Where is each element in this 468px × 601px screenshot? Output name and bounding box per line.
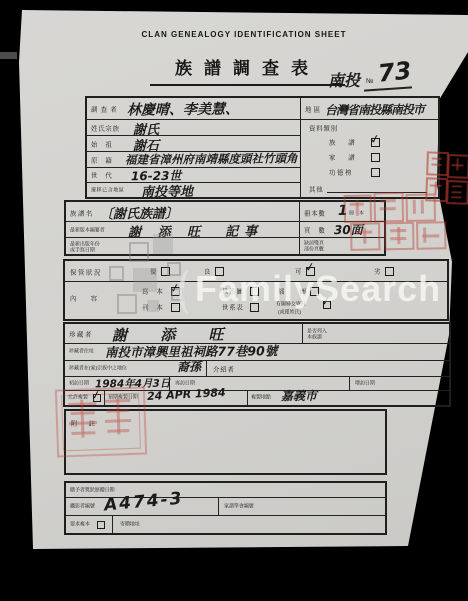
seal-glyph <box>384 222 414 251</box>
introducer-label: 介紹者 <box>213 365 235 374</box>
compiler-value: 謝 添 旺 記事 <box>128 220 263 240</box>
publication-date-label: 最新出版年份或手寫日期 <box>70 241 126 253</box>
divider <box>218 497 219 515</box>
condition-excellent-label: 優 <box>150 267 157 276</box>
checkmark-manuscript: ✓ <box>169 281 181 295</box>
copy-place-label: 複製地點 <box>251 394 271 400</box>
divider <box>349 376 350 390</box>
condition-good-label: 良 <box>204 267 211 276</box>
checkbox-pedigree-table <box>250 303 259 312</box>
category-option-jiapu-label: 家 譜 <box>329 153 358 162</box>
first-visit-label: 初訪日期 <box>69 380 89 386</box>
seal-frame <box>55 386 147 457</box>
mailing-address-label: 寄贈地址 <box>120 521 140 527</box>
missing-pages-label: 缺前殘頁部份頁數 <box>304 240 341 252</box>
photographer-number-value: A474-3 <box>103 489 184 516</box>
keeper-address-label: 珍藏者住址 <box>69 348 94 354</box>
section-admin-numbers: 贈予者獎狀頒贈日期 攝影者編號 A474-3 家譜學會編號 要求複本 寄贈地址 <box>64 481 387 535</box>
checkmark-zupu: ✓ <box>369 132 381 146</box>
section-genealogy-info: 族譜名 〔謝氏族譜〕 最新版本編纂者 謝 添 旺 記事 最新出版年份或手寫日期 … <box>64 200 386 256</box>
seal-glyph <box>416 221 446 250</box>
section-condition-content: 保管狀況 優 良 可 ✓ 劣 內 容 寫 本 ✓ 刊 本 世系圖 世系表 插 圖… <box>63 259 449 321</box>
checkbox-illustrations <box>310 287 319 296</box>
seal-frame-inner <box>61 393 141 452</box>
checkbox-excellent <box>161 267 170 276</box>
keeper-listed-note: 是否列入本族譜 <box>307 328 350 340</box>
award-date-label: 贈予者獎狀頒贈日期 <box>70 487 115 493</box>
checkbox-copy-requested <box>97 521 105 529</box>
checkbox-jiapu <box>371 153 380 162</box>
checkbox-printed <box>171 303 180 312</box>
content-women-data-sublabel: (或僅姓氏) <box>278 309 301 315</box>
red-seal-stamp-bottom-left <box>56 388 142 452</box>
content-women-data-label: 有關婦女資料 <box>276 301 306 307</box>
investigator-value: 林慶晴、李美慧、 <box>127 99 239 120</box>
category-header: 資料類別 <box>309 124 338 133</box>
genealogy-title-value: 〔謝氏族譜〕 <box>100 203 178 223</box>
seal-glyph <box>344 195 372 223</box>
corner-number-label: № <box>366 78 374 85</box>
film-edge-artifact <box>0 52 17 59</box>
content-manuscript-label: 寫 本 <box>142 287 164 296</box>
seal-glyph <box>426 151 449 176</box>
migration-value: 南投等地 <box>141 181 193 200</box>
photographer-number-label: 攝影者編號 <box>70 503 95 509</box>
condition-label: 保管狀況 <box>70 268 102 277</box>
section-basic-info: 調查者 林慶晴、李美慧、 地區 台灣省南投縣南投市 姓氏宗族 謝氏 始 祖 謝石… <box>85 96 440 199</box>
content-pedigree-table-label: 世系表 <box>222 303 244 312</box>
first-ancestor-label: 始 祖 <box>91 140 113 149</box>
divider <box>300 98 301 197</box>
checkmark-fair: ✓ <box>304 260 316 274</box>
generations-label: 世 代 <box>91 171 113 180</box>
seal-glyph <box>406 193 436 222</box>
copy-place-value: 嘉義市 <box>281 387 317 404</box>
category-option-gongdebang-label: 功德榜 <box>329 168 353 177</box>
divider <box>299 202 300 254</box>
divider <box>112 515 113 533</box>
checkbox-gongdebang <box>371 168 380 177</box>
area-label: 地區 <box>305 105 323 114</box>
corner-number-handwritten: 73 <box>377 56 413 87</box>
keeper-position-value: 裔孫 <box>177 358 201 375</box>
divider <box>302 324 303 343</box>
divider <box>87 135 300 136</box>
form-title-chinese: 族譜調查表 <box>150 54 345 86</box>
checkbox-good <box>215 267 224 276</box>
divider <box>247 390 248 405</box>
area-value: 台灣省南投縣南投市 <box>325 101 424 119</box>
keeper-label: 珍藏者 <box>69 330 93 339</box>
divider <box>65 281 447 282</box>
migration-label: 遷移已含地區 <box>91 187 124 193</box>
divider <box>206 360 207 376</box>
compiler-label: 最新版本編纂者 <box>70 227 105 233</box>
seal-glyph <box>447 154 468 179</box>
content-label: 內 容 <box>70 294 101 303</box>
content-illustrations-label: 插 圖 <box>278 287 307 296</box>
checkbox-poor <box>385 267 394 276</box>
category-other-label: 其他 <box>309 185 323 194</box>
investigator-label: 調查者 <box>91 105 120 114</box>
clan-surname-label: 姓氏宗族 <box>91 124 120 133</box>
form-header-english: CLAN GENEALOGY IDENTIFICATION SHEET <box>104 30 384 39</box>
volumes-label: 冊本數 <box>304 209 326 218</box>
seal-glyph <box>374 192 405 223</box>
keeper-position-label: 珍藏者在(家)宗族中之地位 <box>69 365 127 371</box>
divider <box>66 515 385 516</box>
origin-value: 福建省漳州府南靖縣度頭社竹頭角 <box>125 150 298 168</box>
content-printed-label: 刊 本 <box>142 303 164 312</box>
seal-glyph <box>350 222 380 251</box>
checkmark-women-data: ✓ <box>320 294 332 308</box>
condition-poor-label: 劣 <box>374 267 381 276</box>
copy-requested-label: 要求複本 <box>70 521 90 527</box>
pages-label: 頁 數 <box>304 226 326 235</box>
genealogy-title-label: 族譜名 <box>70 209 94 218</box>
checkbox-pedigree-chart <box>250 287 259 296</box>
condition-fair-label: 可 <box>295 267 302 276</box>
society-number-label: 家譜學會編號 <box>224 503 254 509</box>
scanned-document-photo: CLAN GENEALOGY IDENTIFICATION SHEET 族譜調查… <box>0 0 468 601</box>
copy-date-value: 24 APR 1984 <box>147 386 226 403</box>
red-seal-stamp-volumes-area <box>342 191 465 249</box>
corner-region-handwritten: 南投 <box>328 68 360 91</box>
divider <box>87 182 300 183</box>
content-pedigree-chart-label: 世系圖 <box>222 287 244 296</box>
category-option-zupu-label: 族 譜 <box>329 138 358 147</box>
revisit-label: 再訪日期 <box>175 380 195 386</box>
origin-label: 原 籍 <box>91 156 113 165</box>
additional-visit-label: 增訪日期 <box>355 380 375 386</box>
